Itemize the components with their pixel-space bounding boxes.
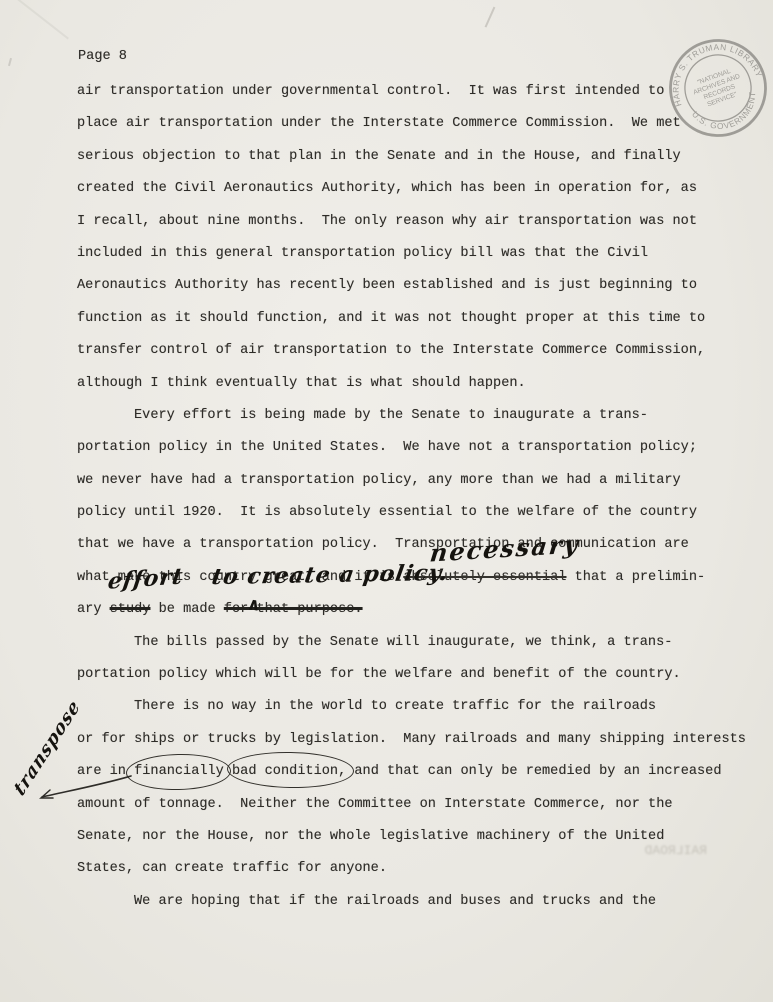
document-lines: air transportation under governmental co… xyxy=(77,76,767,918)
text-line: I recall, about nine months. The only re… xyxy=(77,206,767,238)
handwritten-note-effort: effort xyxy=(106,563,185,595)
text-segment: or for ships or trucks by legislation. M… xyxy=(77,732,746,747)
scanned-document-page: Page 8 HARRY S. TRUMAN LIBRARY U.S. GOVE… xyxy=(0,0,773,1002)
text-segment: function as it should function, and it w… xyxy=(77,311,705,326)
text-segment: policy until 1920. It is absolutely esse… xyxy=(77,505,697,520)
stray-pencil-mark xyxy=(485,7,495,28)
ink-offset-mark: RAILROAD xyxy=(612,843,707,858)
stray-ink-mark xyxy=(8,58,12,66)
text-line: ary study be made for that purpose. xyxy=(77,594,767,626)
text-line: we never have had a transportation polic… xyxy=(77,465,767,497)
text-line: There is no way in the world to create t… xyxy=(77,691,767,723)
text-segment: created the Civil Aeronautics Authority,… xyxy=(77,181,697,196)
strike-heavy-text: study xyxy=(110,602,151,617)
text-segment: We are hoping that if the railroads and … xyxy=(134,894,656,909)
text-segment: be made xyxy=(150,602,223,617)
text-line: Aeronautics Authority has recently been … xyxy=(77,270,767,302)
text-line: amount of tonnage. Neither the Committee… xyxy=(77,789,767,821)
text-segment: portation policy in the United States. W… xyxy=(77,440,697,455)
text-segment: we never have had a transportation polic… xyxy=(77,473,681,488)
circled-text: bad condition, xyxy=(232,764,346,779)
circled-text: financially xyxy=(134,764,224,779)
insertion-caret-mark: ∧ xyxy=(246,594,262,616)
text-segment: place air transportation under the Inter… xyxy=(77,116,681,131)
text-segment: ary xyxy=(77,602,110,617)
text-segment: Senate, nor the House, nor the whole leg… xyxy=(77,829,664,844)
text-segment: The bills passed by the Senate will inau… xyxy=(134,635,672,650)
text-line: Every effort is being made by the Senate… xyxy=(77,400,767,432)
text-segment: serious objection to that plan in the Se… xyxy=(77,149,681,164)
text-segment: portation policy which will be for the w… xyxy=(77,667,681,682)
strike-heavy-text: for that purpose. xyxy=(224,602,363,617)
text-line: policy until 1920. It is absolutely esse… xyxy=(77,497,767,529)
text-line: portation policy in the United States. W… xyxy=(77,432,767,464)
text-line: are in financially bad condition, and th… xyxy=(77,756,767,788)
text-segment: I recall, about nine months. The only re… xyxy=(77,214,697,229)
text-line: transfer control of air transportation t… xyxy=(77,335,767,367)
text-line: The bills passed by the Senate will inau… xyxy=(77,627,767,659)
text-segment: amount of tonnage. Neither the Committee… xyxy=(77,797,673,812)
text-line: place air transportation under the Inter… xyxy=(77,108,767,140)
text-segment: air transportation under governmental co… xyxy=(77,84,664,99)
text-line: created the Civil Aeronautics Authority,… xyxy=(77,173,767,205)
paper-crease xyxy=(0,0,69,39)
text-segment: Every effort is being made by the Senate… xyxy=(134,408,648,423)
text-line: or for ships or trucks by legislation. M… xyxy=(77,724,767,756)
text-segment: States, can create traffic for anyone. xyxy=(77,861,387,876)
handwritten-note-create-policy: to create a policy. xyxy=(210,560,451,590)
text-line: function as it should function, and it w… xyxy=(77,303,767,335)
text-segment: included in this general transportation … xyxy=(77,246,648,261)
text-segment: that a prelimin- xyxy=(566,570,705,585)
handwritten-note-transpose: transpose xyxy=(10,695,84,801)
text-segment: transfer control of air transportation t… xyxy=(77,343,705,358)
text-line: although I think eventually that is what… xyxy=(77,368,767,400)
text-segment: although I think eventually that is what… xyxy=(77,376,526,391)
text-line: portation policy which will be for the w… xyxy=(77,659,767,691)
text-segment: and that can only be remedied by an incr… xyxy=(346,764,721,779)
text-segment: There is no way in the world to create t… xyxy=(134,699,656,714)
text-line: serious objection to that plan in the Se… xyxy=(77,141,767,173)
text-line: air transportation under governmental co… xyxy=(77,76,767,108)
text-segment: that we have a transportation policy. Tr… xyxy=(77,537,689,552)
text-line: included in this general transportation … xyxy=(77,238,767,270)
text-line: We are hoping that if the railroads and … xyxy=(77,886,767,918)
page-number: Page 8 xyxy=(78,49,127,64)
text-line: States, can create traffic for anyone. xyxy=(77,853,767,885)
text-line: that we have a transportation policy. Tr… xyxy=(77,529,767,561)
text-segment: Aeronautics Authority has recently been … xyxy=(77,278,697,293)
